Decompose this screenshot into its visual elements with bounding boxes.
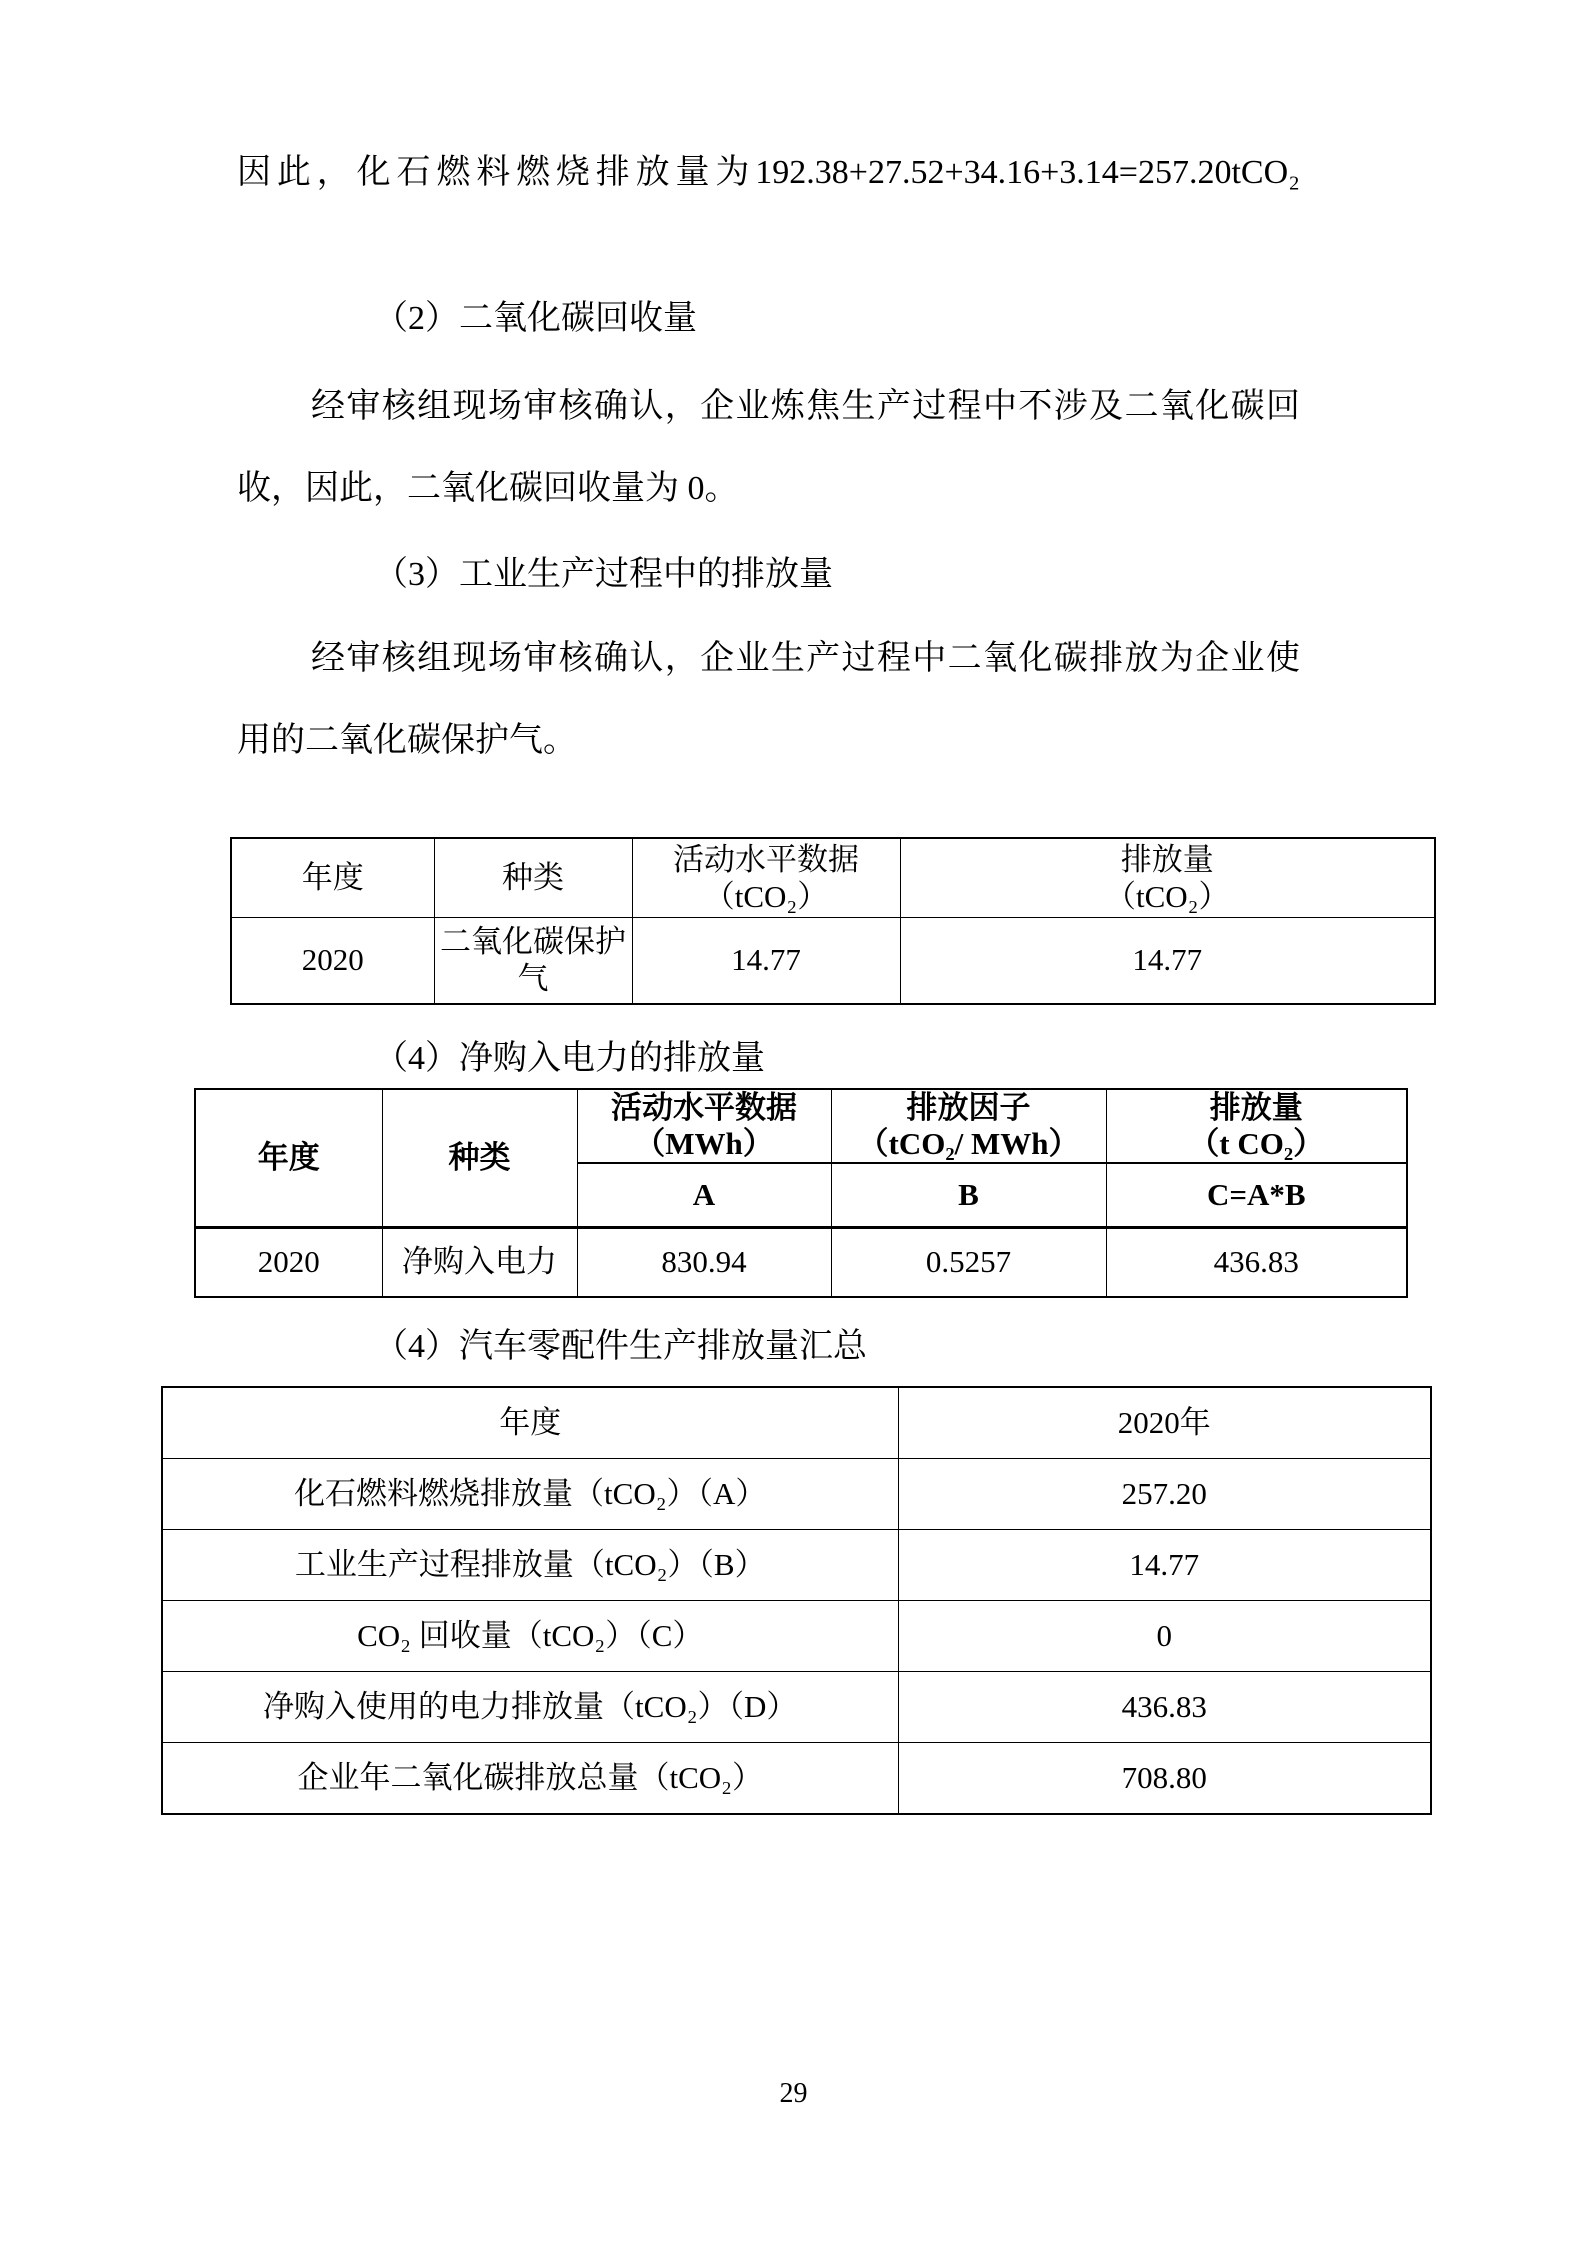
- header-emission-line2: （tCO₂）: [905, 878, 1431, 915]
- summary-label: 净购入使用的电力排放量（tCO₂）（D）: [162, 1672, 898, 1743]
- table-row: 2020 净购入电力 830.94 0.5257 436.83: [195, 1227, 1407, 1297]
- table-header-row: 年度 种类 活动水平数据 （MWh） 排放因子 （tCO₂/ MWh） 排放量 …: [195, 1089, 1407, 1163]
- heading-industrial-process: （3）工业生产过程中的排放量: [374, 552, 833, 598]
- subheader-b: B: [831, 1163, 1106, 1227]
- cell-year: 2020: [231, 917, 434, 1004]
- cell-type: 二氧化碳保护气: [434, 917, 632, 1004]
- subheader-c: C=A*B: [1106, 1163, 1407, 1227]
- summary-table: 年度 2020年 化石燃料燃烧排放量（tCO₂）（A） 257.20 工业生产过…: [161, 1386, 1432, 1815]
- paragraph-recovery-line1: 经审核组现场审核确认，企业炼焦生产过程中不涉及二氧化碳回: [237, 384, 1300, 430]
- header-emission-line1: 排放量: [1111, 1090, 1403, 1126]
- header-factor-line1: 排放因子: [836, 1090, 1102, 1126]
- header-type: 种类: [382, 1089, 577, 1227]
- page-number: 29: [0, 2078, 1587, 2110]
- table-row: CO₂ 回收量（tCO₂）（C） 0: [162, 1601, 1431, 1672]
- summary-value: 436.83: [898, 1672, 1431, 1743]
- header-emission: 排放量 （t CO₂）: [1106, 1089, 1407, 1163]
- cell-year: 2020: [195, 1227, 382, 1297]
- summary-value: 708.80: [898, 1743, 1431, 1815]
- header-activity: 活动水平数据 （tCO₂）: [632, 838, 900, 917]
- summary-value: 14.77: [898, 1530, 1431, 1601]
- header-year: 年度: [195, 1089, 382, 1227]
- summary-label: 工业生产过程排放量（tCO₂）（B）: [162, 1530, 898, 1601]
- header-factor: 排放因子 （tCO₂/ MWh）: [831, 1089, 1106, 1163]
- subheader-a: A: [577, 1163, 831, 1227]
- summary-value: 0: [898, 1601, 1431, 1672]
- table-row: 工业生产过程排放量（tCO₂）（B） 14.77: [162, 1530, 1431, 1601]
- paragraph-process-line2: 用的二氧化碳保护气。: [237, 718, 577, 764]
- heading-co2-recovery: （2）二氧化碳回收量: [374, 296, 697, 342]
- table-row: 净购入使用的电力排放量（tCO₂）（D） 436.83: [162, 1672, 1431, 1743]
- summary-label: 化石燃料燃烧排放量（tCO₂）（A）: [162, 1459, 898, 1530]
- electricity-emission-table: 年度 种类 活动水平数据 （MWh） 排放因子 （tCO₂/ MWh） 排放量 …: [194, 1088, 1408, 1298]
- header-year: 年度: [231, 838, 434, 917]
- header-activity-line1: 活动水平数据: [637, 841, 896, 878]
- header-emission: 排放量 （tCO₂）: [900, 838, 1435, 917]
- cell-factor: 0.5257: [831, 1227, 1106, 1297]
- cell-type: 净购入电力: [382, 1227, 577, 1297]
- header-activity-line1: 活动水平数据: [582, 1090, 827, 1126]
- process-emission-table: 年度 种类 活动水平数据 （tCO₂） 排放量 （tCO₂） 2020 二氧化碳…: [230, 837, 1436, 1005]
- header-activity-line2: （tCO₂）: [637, 878, 896, 915]
- cell-emission: 14.77: [900, 917, 1435, 1004]
- table-row: 2020 二氧化碳保护气 14.77 14.77: [231, 917, 1435, 1004]
- summary-label: 企业年二氧化碳排放总量（tCO₂）: [162, 1743, 898, 1815]
- heading-summary: （4）汽车零配件生产排放量汇总: [374, 1324, 867, 1370]
- paragraph-process-line1: 经审核组现场审核确认，企业生产过程中二氧化碳排放为企业使: [237, 636, 1300, 682]
- cell-activity: 14.77: [632, 917, 900, 1004]
- header-type: 种类: [434, 838, 632, 917]
- header-activity-line2: （MWh）: [582, 1126, 827, 1162]
- document-page: 因此，化石燃料燃烧排放量为192.38+27.52+34.16+3.14=257…: [0, 0, 1587, 2245]
- header-emission-line2: （t CO₂）: [1111, 1126, 1403, 1162]
- table-row: 年度 2020年: [162, 1387, 1431, 1459]
- summary-value: 257.20: [898, 1459, 1431, 1530]
- table-row: 企业年二氧化碳排放总量（tCO₂） 708.80: [162, 1743, 1431, 1815]
- cell-activity: 830.94: [577, 1227, 831, 1297]
- header-factor-line2: （tCO₂/ MWh）: [836, 1126, 1102, 1162]
- paragraph-recovery-line2: 收，因此，二氧化碳回收量为 0。: [237, 466, 739, 512]
- heading-purchased-electricity: （4）净购入电力的排放量: [374, 1036, 765, 1082]
- summary-label: 年度: [162, 1387, 898, 1459]
- header-emission-line1: 排放量: [905, 841, 1431, 878]
- summary-value: 2020年: [898, 1387, 1431, 1459]
- table-header-row: 年度 种类 活动水平数据 （tCO₂） 排放量 （tCO₂）: [231, 838, 1435, 917]
- paragraph-fossil-fuel-total: 因此，化石燃料燃烧排放量为192.38+27.52+34.16+3.14=257…: [237, 150, 1300, 196]
- cell-emission: 436.83: [1106, 1227, 1407, 1297]
- table-row: 化石燃料燃烧排放量（tCO₂）（A） 257.20: [162, 1459, 1431, 1530]
- header-activity: 活动水平数据 （MWh）: [577, 1089, 831, 1163]
- summary-label: CO₂ 回收量（tCO₂）（C）: [162, 1601, 898, 1672]
